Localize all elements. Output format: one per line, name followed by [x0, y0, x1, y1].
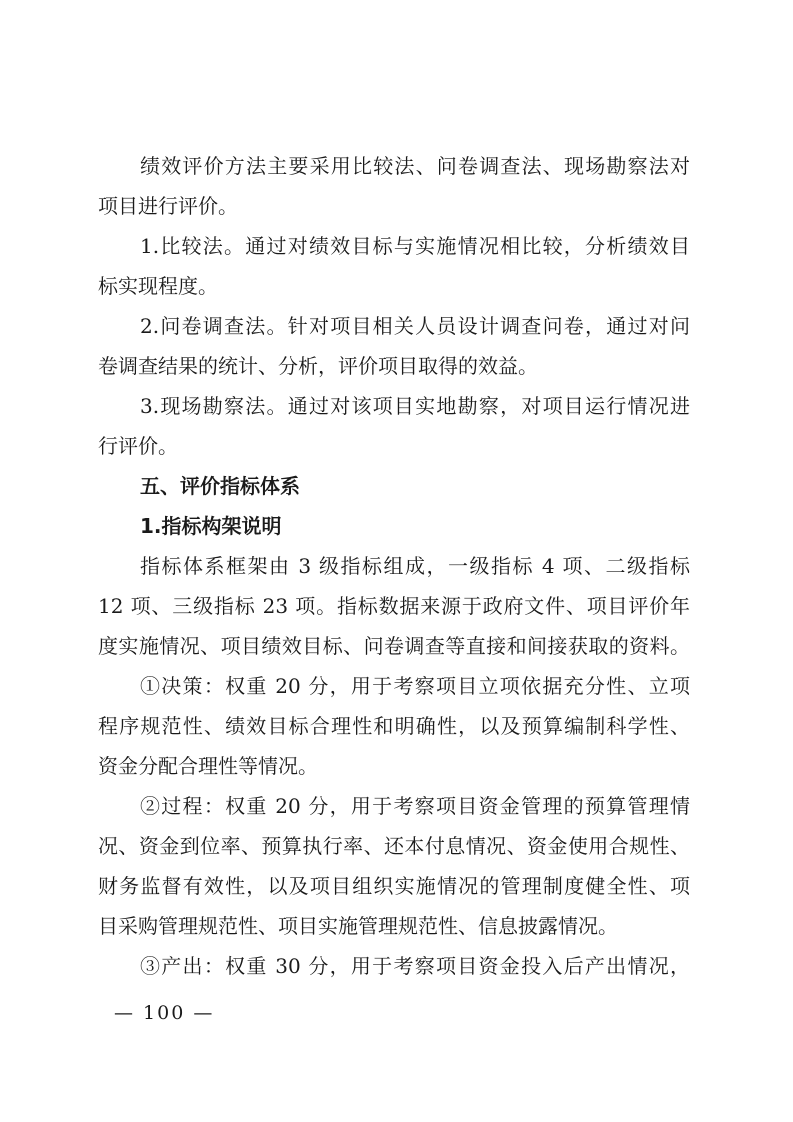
text-line: ③产出：权重 30 分，用于考察项目资金投入后产出情况，	[98, 946, 690, 986]
text-line: 程序规范性、绩效目标合理性和明确性，以及预算编制科学性、	[98, 706, 690, 746]
text-line: 1.比较法。通过对绩效目标与实施情况相比较，分析绩效目	[98, 226, 690, 266]
page-number: — 100 —	[114, 1000, 214, 1026]
text-line: 目采购管理规范性、项目实施管理规范性、信息披露情况。	[98, 906, 690, 946]
text-line: 财务监督有效性，以及项目组织实施情况的管理制度健全性、项	[98, 866, 690, 906]
text-line: 行评价。	[98, 426, 690, 466]
text-line: 绩效评价方法主要采用比较法、问卷调查法、现场勘察法对	[98, 146, 690, 186]
text-lines: 绩效评价方法主要采用比较法、问卷调查法、现场勘察法对项目进行评价。1.比较法。通…	[98, 146, 690, 986]
text-line: ①决策：权重 20 分，用于考察项目立项依据充分性、立项	[98, 666, 690, 706]
text-line: 度实施情况、项目绩效目标、问卷调查等直接和间接获取的资料。	[98, 626, 690, 666]
text-line: 3.现场勘察法。通过对该项目实地勘察，对项目运行情况进	[98, 386, 690, 426]
subsection-heading: 1.指标构架说明	[98, 506, 690, 546]
text-line: 况、资金到位率、预算执行率、还本付息情况、资金使用合规性、	[98, 826, 690, 866]
text-line: 卷调查结果的统计、分析，评价项目取得的效益。	[98, 346, 690, 386]
document-page: 绩效评价方法主要采用比较法、问卷调查法、现场勘察法对项目进行评价。1.比较法。通…	[0, 0, 793, 1122]
text-line: 资金分配合理性等情况。	[98, 746, 690, 786]
text-line: 2.问卷调查法。针对项目相关人员设计调查问卷，通过对问	[98, 306, 690, 346]
text-line: ②过程：权重 20 分，用于考察项目资金管理的预算管理情	[98, 786, 690, 826]
section-heading: 五、评价指标体系	[98, 466, 690, 506]
text-line: 12 项、三级指标 23 项。指标数据来源于政府文件、项目评价年	[98, 586, 690, 626]
text-line: 标实现程度。	[98, 266, 690, 306]
text-line: 指标体系框架由 3 级指标组成，一级指标 4 项、二级指标	[98, 546, 690, 586]
text-line: 项目进行评价。	[98, 186, 690, 226]
